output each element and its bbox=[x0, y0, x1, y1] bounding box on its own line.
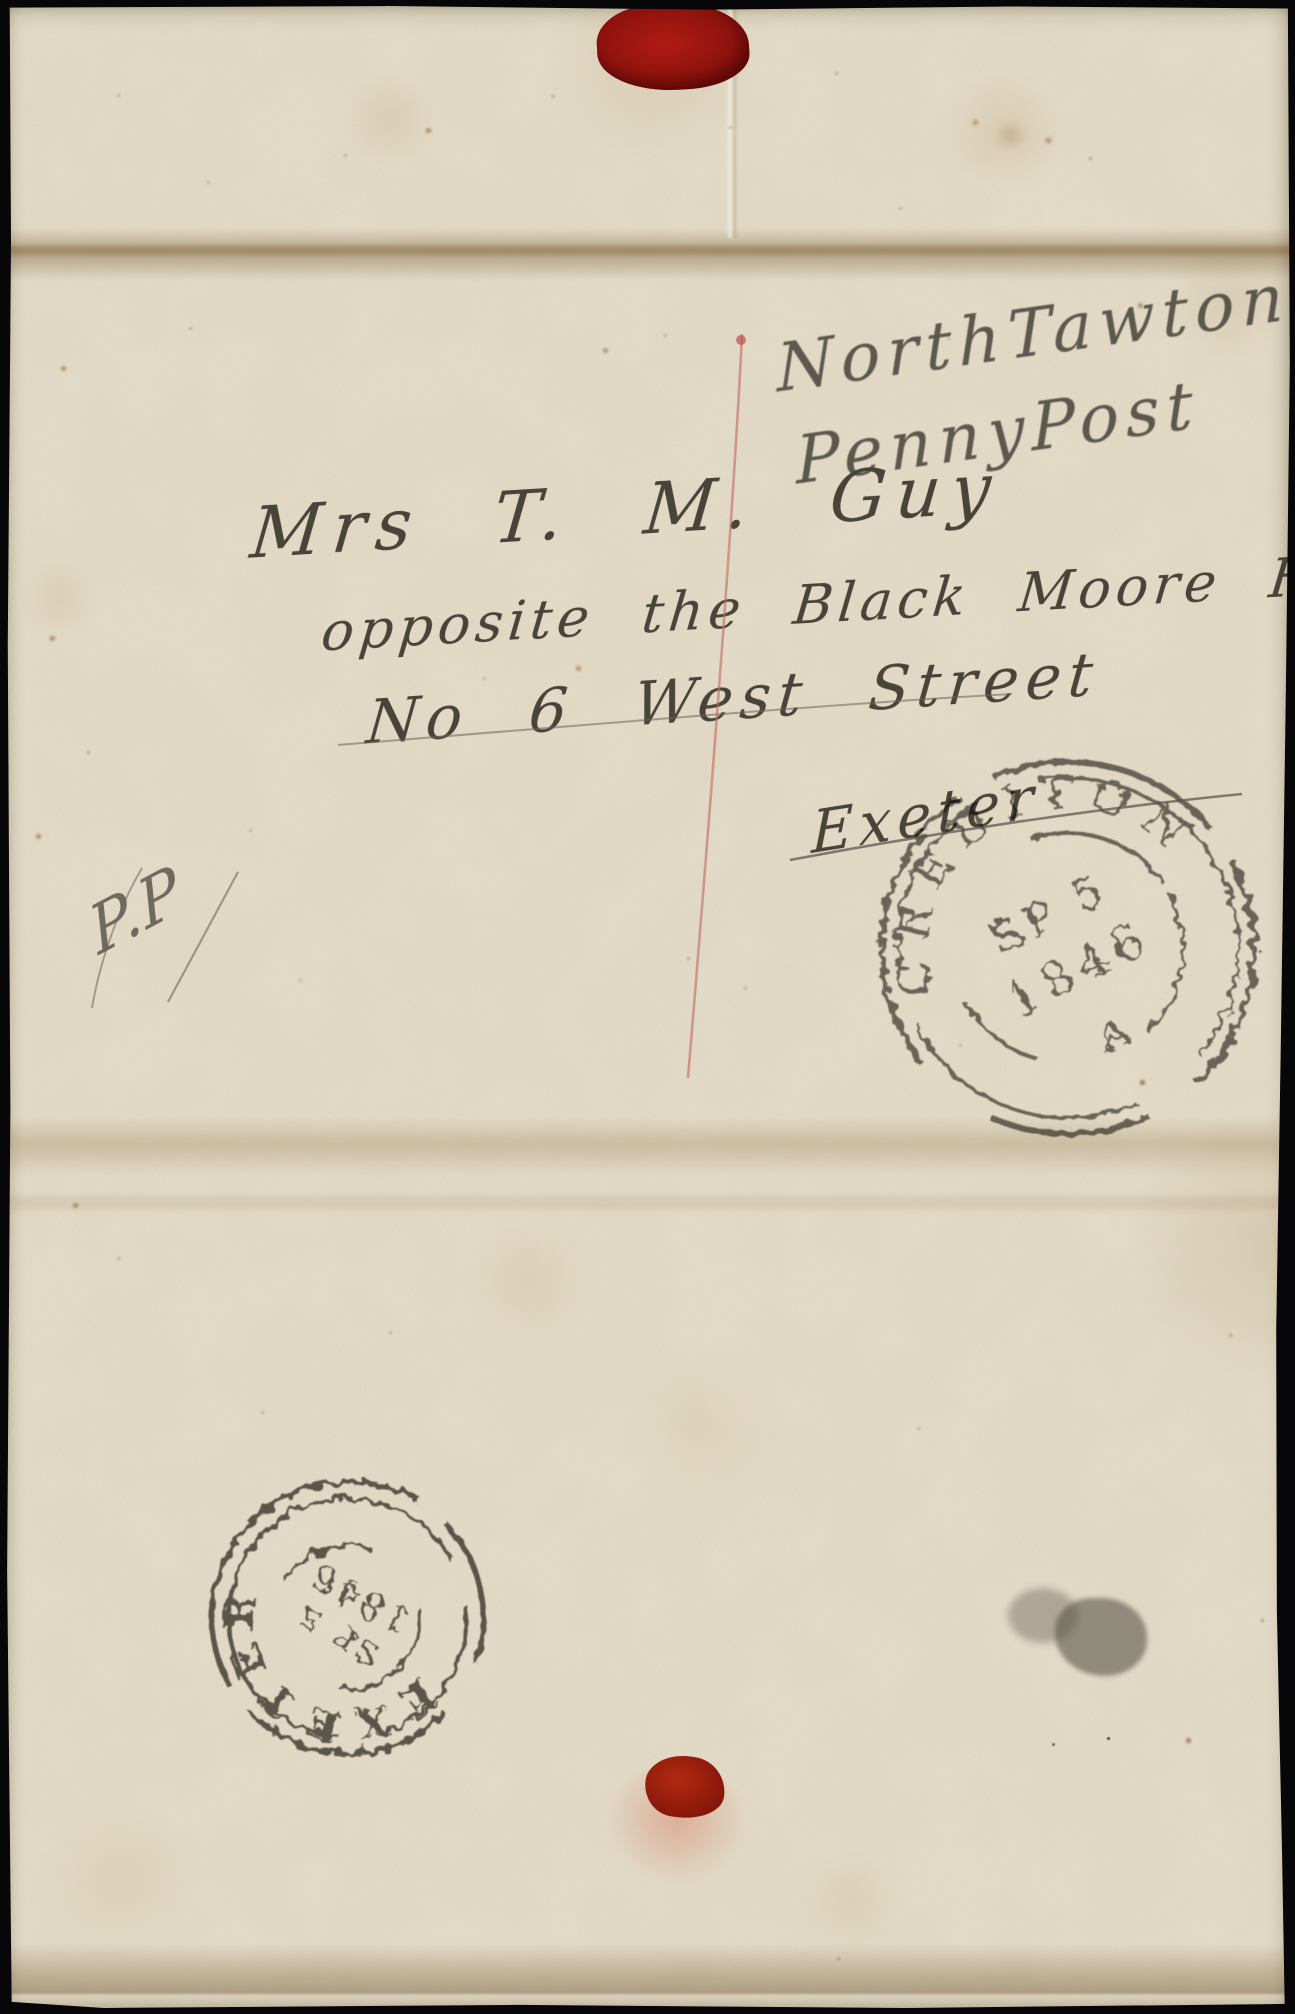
red-crayon-line bbox=[688, 334, 742, 1078]
letter-paper: Mrs T. M. Guy opposite the Black Moore H… bbox=[0, 0, 1295, 2014]
rate-mark-tail-stroke bbox=[168, 872, 238, 1002]
foxing-specks bbox=[0, 0, 1, 1]
pencil-line-street bbox=[338, 694, 1012, 745]
rate-mark-upstroke bbox=[92, 868, 142, 1008]
strike-through-exeter bbox=[790, 794, 1242, 860]
red-crayon-blob bbox=[736, 335, 746, 345]
pen-marks-overlay bbox=[0, 0, 1295, 2014]
photo-background: Mrs T. M. Guy opposite the Black Moore H… bbox=[0, 0, 1295, 2014]
